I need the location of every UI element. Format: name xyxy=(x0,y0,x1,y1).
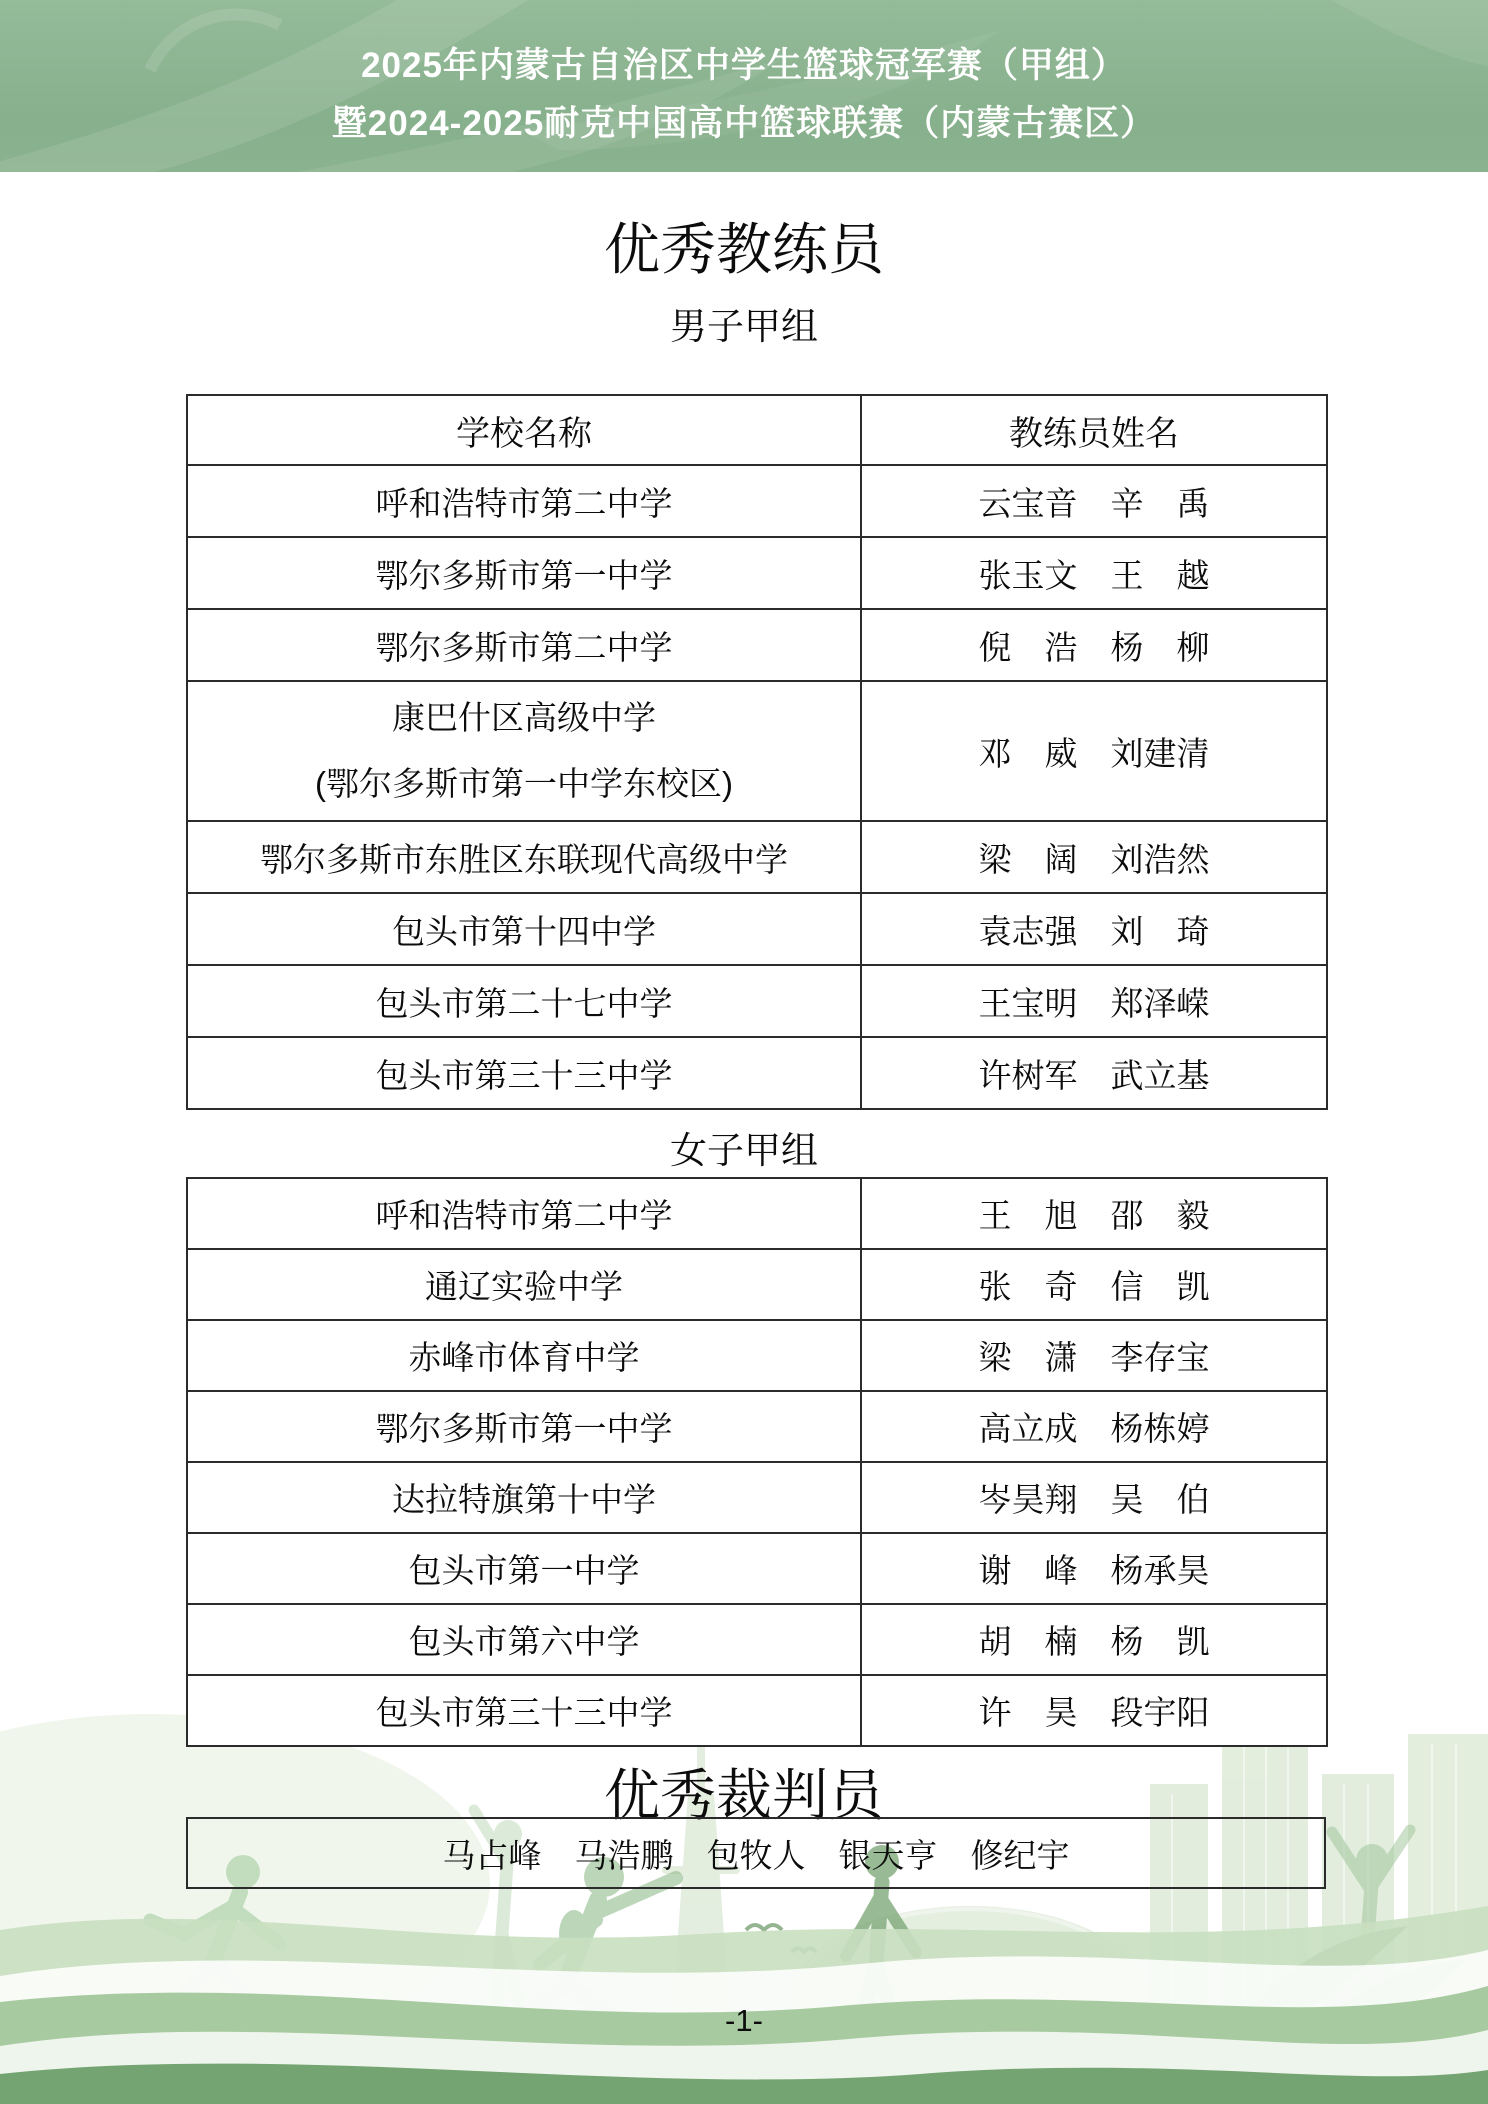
coach-cell: 岑昊翔 吴 伯 xyxy=(861,1462,1327,1533)
table-row: 包头市第六中学 胡 楠 杨 凯 xyxy=(187,1604,1327,1675)
table-row: 达拉特旗第十中学 岑昊翔 吴 伯 xyxy=(187,1462,1327,1533)
table-row: 包头市第一中学 谢 峰 杨承昊 xyxy=(187,1533,1327,1604)
school-cell: 呼和浩特市第二中学 xyxy=(187,1178,861,1249)
school-cell: 鄂尔多斯市第一中学 xyxy=(187,1391,861,1462)
school-cell: 达拉特旗第十中学 xyxy=(187,1462,861,1533)
school-cell: 赤峰市体育中学 xyxy=(187,1320,861,1391)
school-cell: 包头市第六中学 xyxy=(187,1604,861,1675)
men-group-subtitle: 男子甲组 xyxy=(0,296,1488,350)
coach-cell: 倪 浩 杨 柳 xyxy=(861,609,1327,681)
coach-cell: 王宝明 郑泽嵘 xyxy=(861,965,1327,1037)
coach-cell: 张玉文 王 越 xyxy=(861,537,1327,609)
coach-cell: 邓 威 刘建清 xyxy=(861,681,1327,821)
table-row: 包头市第二十七中学 王宝明 郑泽嵘 xyxy=(187,965,1327,1037)
document-page: 2025年内蒙古自治区中学生篮球冠军赛（甲组） 暨2024-2025耐克中国高中… xyxy=(0,0,1488,2104)
table-row: 呼和浩特市第二中学 王 旭 邵 毅 xyxy=(187,1178,1327,1249)
school-campus-note: (鄂尔多斯市第一中学东校区) xyxy=(188,751,860,817)
school-cell: 包头市第十四中学 xyxy=(187,893,861,965)
coaches-section-title: 优秀教练员 xyxy=(0,206,1488,286)
school-cell: 包头市第三十三中学 xyxy=(187,1675,861,1746)
coach-cell: 袁志强 刘 琦 xyxy=(861,893,1327,965)
table-row: 鄂尔多斯市东胜区东联现代高级中学 梁 阔 刘浩然 xyxy=(187,821,1327,893)
table-row: 鄂尔多斯市第一中学 高立成 杨栋婷 xyxy=(187,1391,1327,1462)
table-row: 包头市第三十三中学 许 昊 段宇阳 xyxy=(187,1675,1327,1746)
coach-cell: 梁 潇 李存宝 xyxy=(861,1320,1327,1391)
school-cell: 康巴什区高级中学 (鄂尔多斯市第一中学东校区) xyxy=(187,681,861,821)
page-number: -1- xyxy=(0,2003,1488,2039)
referees-box: 马占峰 马浩鹏 包牧人 银天亨 修纪宇 xyxy=(186,1817,1326,1889)
banner-title-line2: 暨2024-2025耐克中国高中篮球联赛（内蒙古赛区） xyxy=(0,104,1488,144)
table-row: 通辽实验中学 张 奇 信 凯 xyxy=(187,1249,1327,1320)
coach-cell: 云宝音 辛 禹 xyxy=(861,465,1327,537)
school-cell: 包头市第二十七中学 xyxy=(187,965,861,1037)
coach-cell: 许树军 武立基 xyxy=(861,1037,1327,1109)
school-cell: 呼和浩特市第二中学 xyxy=(187,465,861,537)
table-row: 包头市第十四中学 袁志强 刘 琦 xyxy=(187,893,1327,965)
school-cell: 包头市第一中学 xyxy=(187,1533,861,1604)
table-row: 康巴什区高级中学 (鄂尔多斯市第一中学东校区) 邓 威 刘建清 xyxy=(187,681,1327,821)
school-cell: 鄂尔多斯市第一中学 xyxy=(187,537,861,609)
coach-cell: 胡 楠 杨 凯 xyxy=(861,1604,1327,1675)
coach-cell: 谢 峰 杨承昊 xyxy=(861,1533,1327,1604)
table-header-row: 学校名称 教练员姓名 xyxy=(187,395,1327,465)
coach-cell: 许 昊 段宇阳 xyxy=(861,1675,1327,1746)
coach-cell: 高立成 杨栋婷 xyxy=(861,1391,1327,1462)
school-name: 康巴什区高级中学 xyxy=(188,685,860,751)
school-cell: 鄂尔多斯市东胜区东联现代高级中学 xyxy=(187,821,861,893)
coach-cell: 梁 阔 刘浩然 xyxy=(861,821,1327,893)
women-group-subtitle: 女子甲组 xyxy=(0,1120,1488,1174)
school-cell: 包头市第三十三中学 xyxy=(187,1037,861,1109)
table-row: 呼和浩特市第二中学 云宝音 辛 禹 xyxy=(187,465,1327,537)
men-coaches-table: 学校名称 教练员姓名 呼和浩特市第二中学 云宝音 辛 禹 鄂尔多斯市第一中学 张… xyxy=(186,394,1328,1110)
women-coaches-table: 呼和浩特市第二中学 王 旭 邵 毅 通辽实验中学 张 奇 信 凯 赤峰市体育中学… xyxy=(186,1177,1328,1747)
table-row: 赤峰市体育中学 梁 潇 李存宝 xyxy=(187,1320,1327,1391)
coach-cell: 王 旭 邵 毅 xyxy=(861,1178,1327,1249)
column-header-coach: 教练员姓名 xyxy=(861,395,1327,465)
referee-names: 马占峰 马浩鹏 包牧人 银天亨 修纪宇 xyxy=(443,1830,1070,1877)
school-cell: 鄂尔多斯市第二中学 xyxy=(187,609,861,681)
table-row: 鄂尔多斯市第二中学 倪 浩 杨 柳 xyxy=(187,609,1327,681)
banner-swoosh-icon xyxy=(0,0,1488,172)
banner-title-line1: 2025年内蒙古自治区中学生篮球冠军赛（甲组） xyxy=(0,46,1488,86)
school-cell: 通辽实验中学 xyxy=(187,1249,861,1320)
column-header-school: 学校名称 xyxy=(187,395,861,465)
coach-cell: 张 奇 信 凯 xyxy=(861,1249,1327,1320)
table-row: 鄂尔多斯市第一中学 张玉文 王 越 xyxy=(187,537,1327,609)
table-row: 包头市第三十三中学 许树军 武立基 xyxy=(187,1037,1327,1109)
banner: 2025年内蒙古自治区中学生篮球冠军赛（甲组） 暨2024-2025耐克中国高中… xyxy=(0,0,1488,172)
